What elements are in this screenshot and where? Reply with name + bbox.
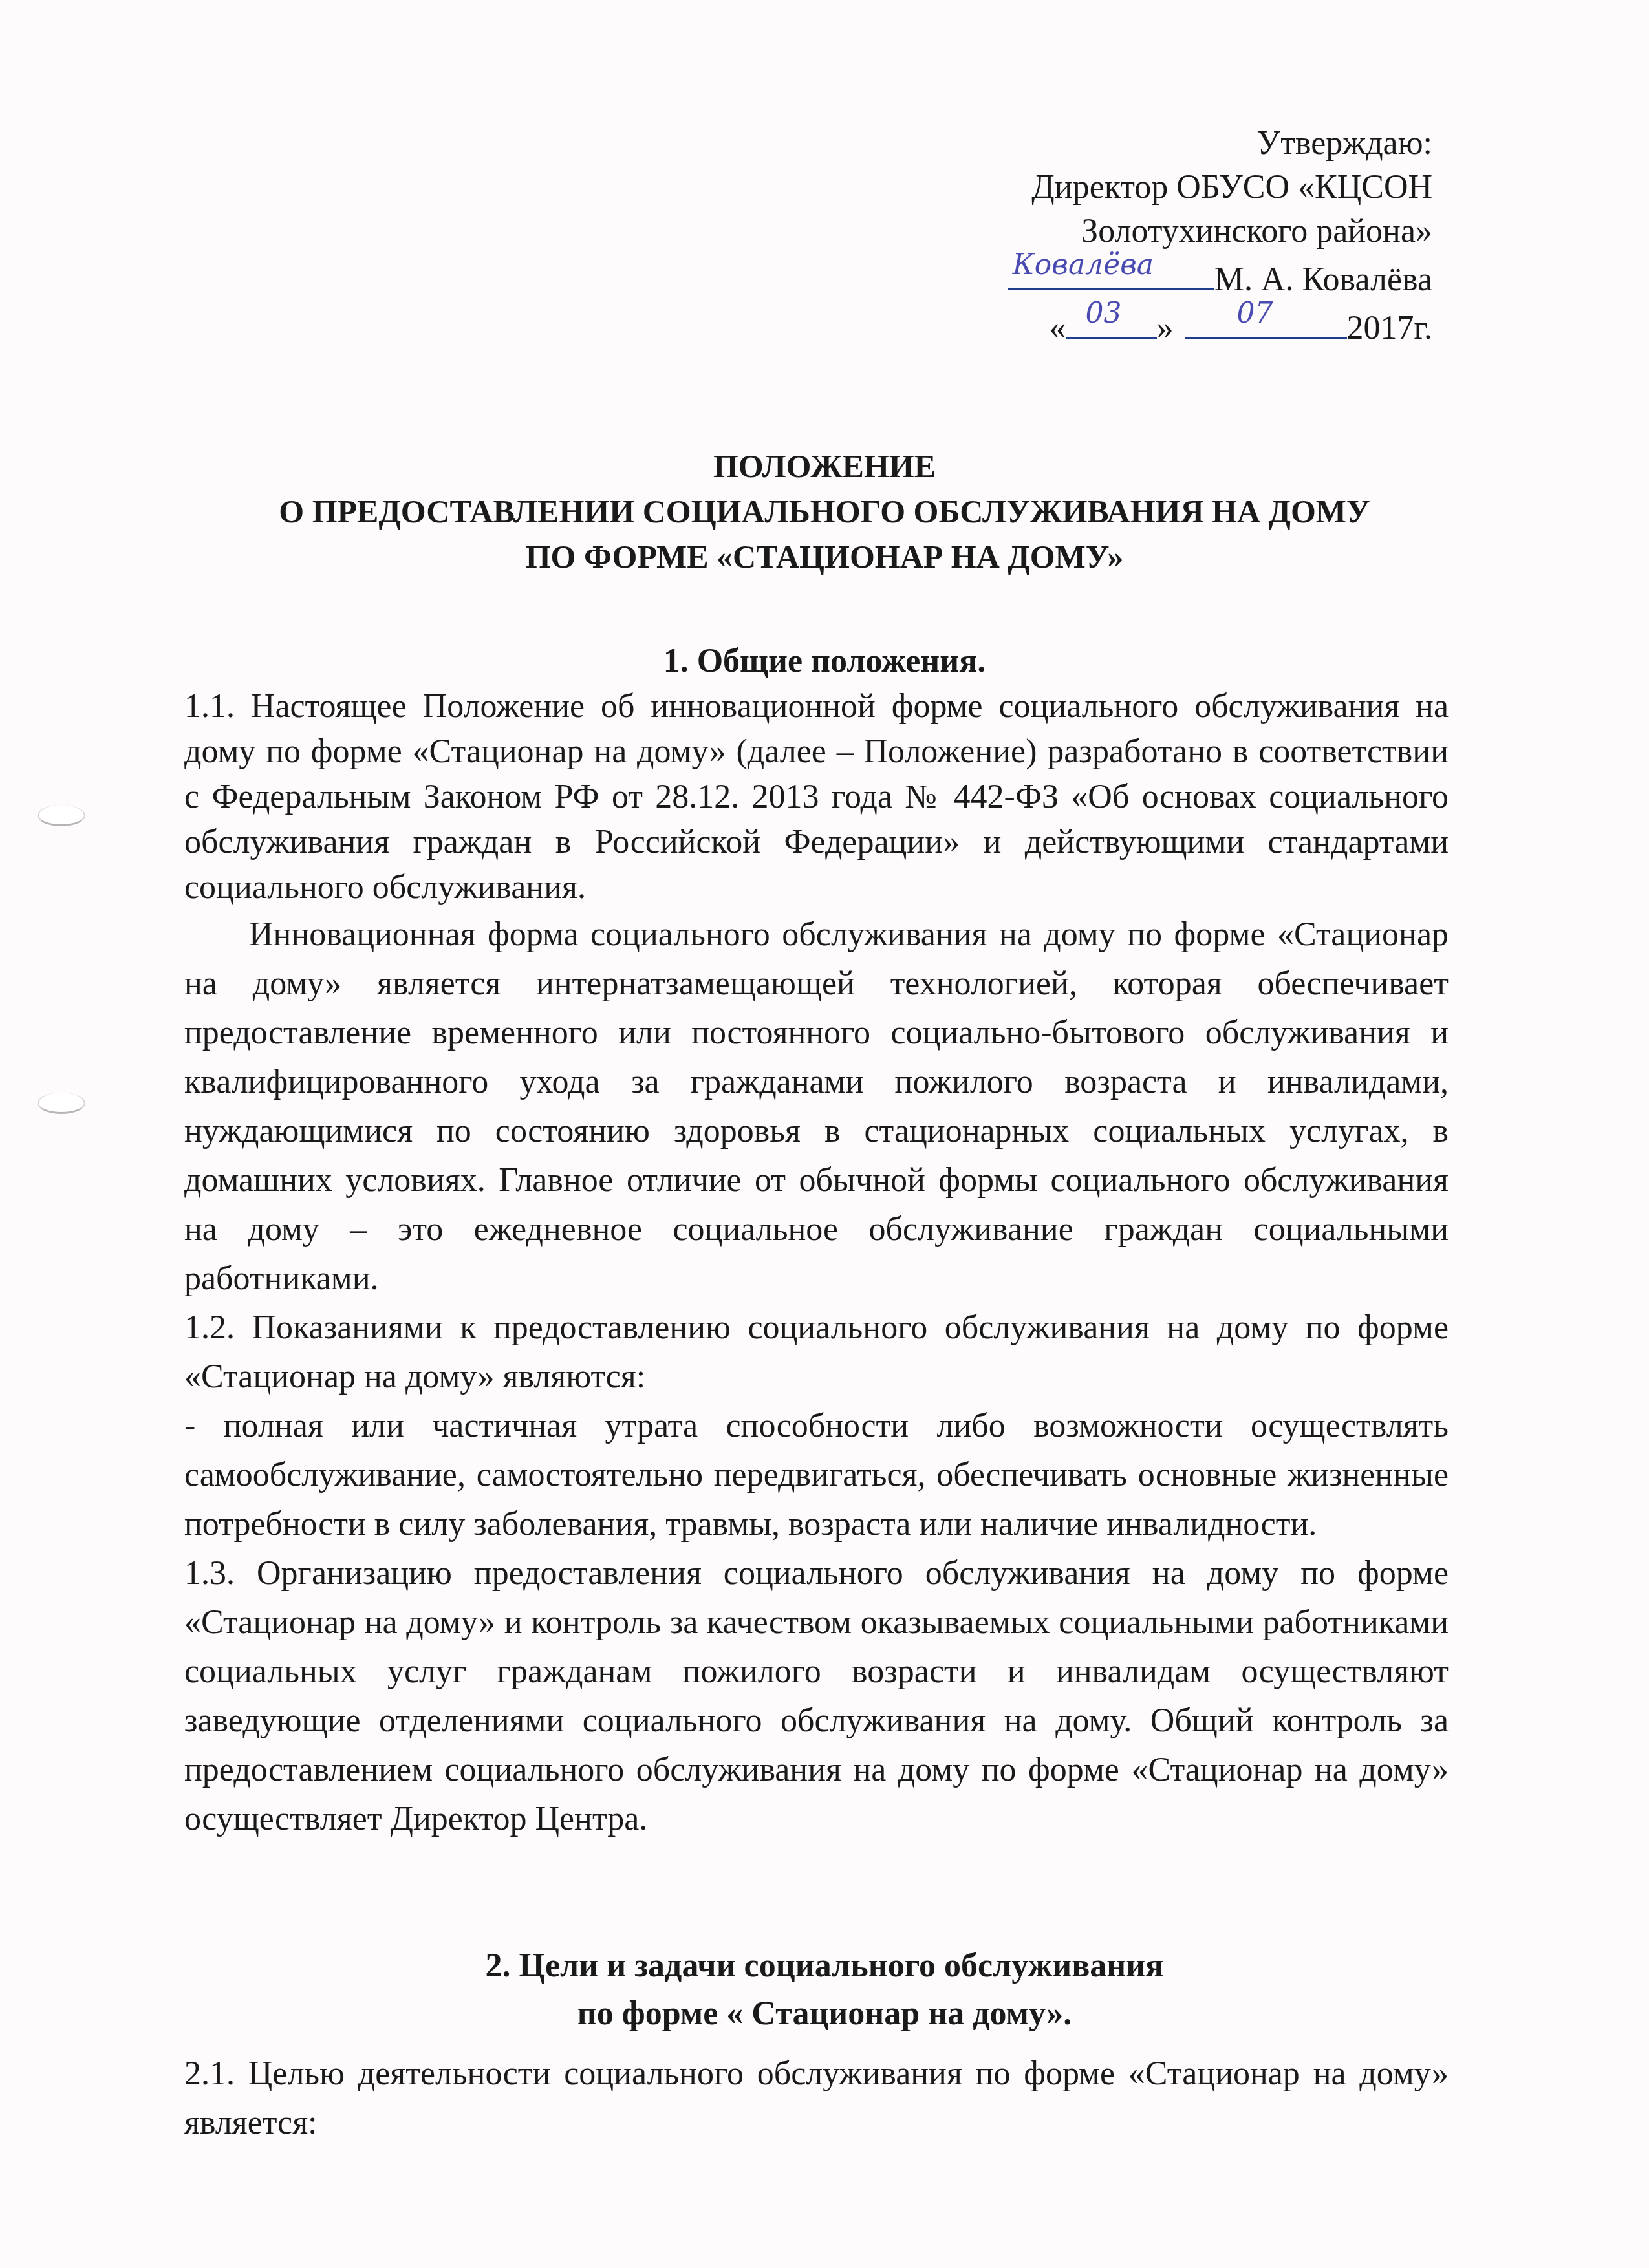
date-day-field: 03 — [1066, 302, 1157, 339]
signature-field: Ковалёва — [1008, 253, 1214, 290]
section-1-body: 1.1. Настоящее Положение об инновационно… — [184, 684, 1449, 1844]
handwritten-day: 03 — [1086, 292, 1122, 336]
approval-block: Утверждаю: Директор ОБУСО «КЦСОН Золотух… — [1008, 122, 1432, 350]
date-month-field: 07 — [1185, 302, 1347, 339]
punch-hole-top — [38, 805, 85, 826]
section-2-heading-line-2: по форме « Стационар на дому». — [0, 1990, 1649, 2038]
date-close-quote: » — [1157, 310, 1174, 347]
paragraph-1-3: 1.3. Организацию предоставления социальн… — [184, 1549, 1449, 1844]
title-line-1: ПОЛОЖЕНИЕ — [0, 444, 1649, 489]
paragraph-1-2-item: - полная или частичная утрата способност… — [184, 1402, 1449, 1549]
punch-hole-bottom — [38, 1093, 85, 1114]
approval-position: Директор ОБУСО «КЦСОН — [1008, 166, 1432, 209]
date-year: 2017г. — [1347, 310, 1432, 347]
paragraph-2-1: 2.1. Целью деятельности социального обсл… — [184, 2049, 1449, 2148]
handwritten-signature: Ковалёва — [1013, 243, 1154, 287]
title-line-2: О ПРЕДОСТАВЛЕНИИ СОЦИАЛЬНОГО ОБСЛУЖИВАНИ… — [0, 489, 1649, 534]
section-2-heading: 2. Цели и задачи социального обслуживани… — [0, 1942, 1649, 2038]
approval-date-line: «03»072017г. — [1008, 302, 1432, 350]
section-2-heading-line-1: 2. Цели и задачи социального обслуживани… — [0, 1942, 1649, 1990]
paragraph-1-1-continued: Инновационная форма социального обслужив… — [184, 910, 1449, 1303]
document-title: ПОЛОЖЕНИЕ О ПРЕДОСТАВЛЕНИИ СОЦИАЛЬНОГО О… — [0, 444, 1649, 579]
approval-heading: Утверждаю: — [1008, 122, 1432, 166]
approval-signature-line: Ковалёва М. А. Ковалёва — [1008, 253, 1432, 302]
paragraph-1-1: 1.1. Настоящее Положение об инновационно… — [184, 684, 1449, 910]
title-line-3: ПО ФОРМЕ «СТАЦИОНАР НА ДОМУ» — [0, 534, 1649, 579]
section-2-body: 2.1. Целью деятельности социального обсл… — [184, 2049, 1449, 2148]
scanned-document-page: Утверждаю: Директор ОБУСО «КЦСОН Золотух… — [0, 0, 1649, 2268]
handwritten-month: 07 — [1237, 292, 1273, 336]
paragraph-1-2: 1.2. Показаниями к предоставлению социал… — [184, 1303, 1449, 1402]
section-1-heading: 1. Общие положения. — [0, 639, 1649, 684]
date-open-quote: « — [1050, 310, 1066, 347]
